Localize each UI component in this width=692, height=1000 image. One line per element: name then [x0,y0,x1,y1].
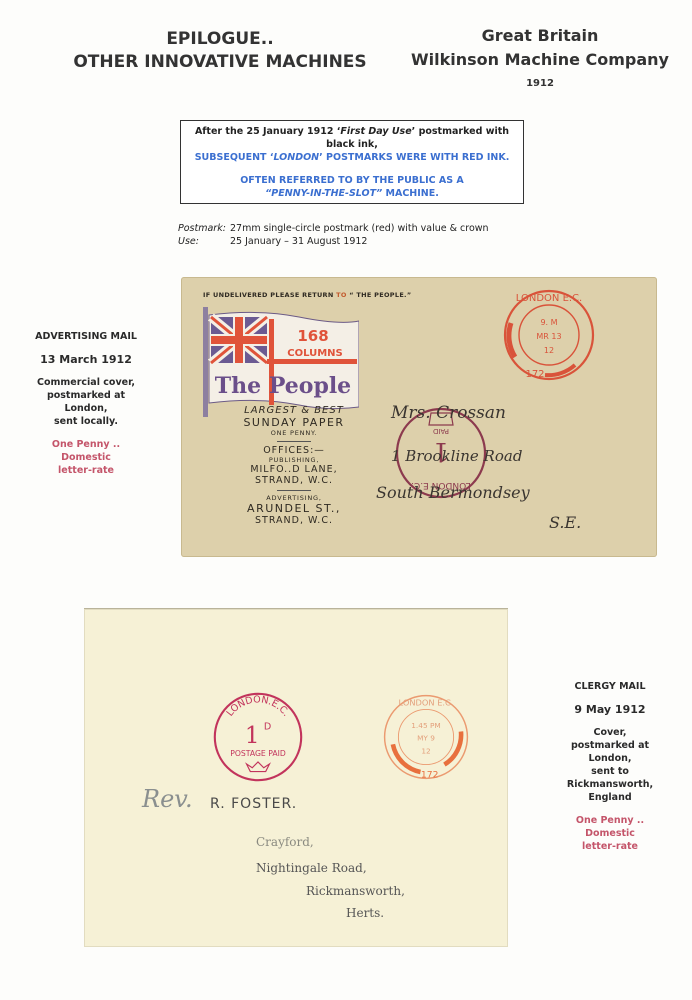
svg-text:12: 12 [544,346,554,355]
notice-line-2: SUBSEQUENT ‘LONDON’ POSTMARKS WERE WITH … [181,151,523,164]
svg-text:LONDON E.C.: LONDON E.C. [399,698,454,708]
meter-postmark: LONDON.E.C. 1 D POSTAGE PAID [210,689,306,785]
advertising-block: LARGEST & BEST SUNDAY PAPER ONE PENNY. O… [219,405,369,526]
cover-1-caption: ADVERTISING MAIL 13 March 1912 Commercia… [8,330,164,477]
notice-text: MACHINE. [382,188,439,199]
advertising-area: STRAND, W.C. [219,515,369,526]
cover-date: 13 March 1912 [8,353,164,366]
company: Wilkinson Machine Company [410,48,670,72]
tagline: LARGEST & BEST [219,405,369,416]
country: Great Britain [410,24,670,48]
description-line: sent locally. [8,415,164,428]
notice-line-1: After the 25 January 1912 ‘First Day Use… [181,125,523,151]
year: 1912 [410,74,670,94]
notice-text: After the 25 January 1912 ‘ [195,126,340,137]
address-line: 1 Brookline Road [391,447,522,465]
offices-label: OFFICES:— [219,445,369,456]
notice-line-4: “PENNY-IN-THE-SLOT” MACHINE. [181,187,523,200]
cover-1-envelope: IF UNDELIVERED PLEASE RETURN TO “ THE PE… [181,277,657,557]
product-name: SUNDAY PAPER [219,416,369,429]
svg-text:The People: The People [215,373,351,399]
description-line: postmarked at [8,389,164,402]
return-text: IF UNDELIVERED PLEASE RETURN [203,291,336,299]
cds-postmark: LONDON E.C. 1.45 PM MY 9 12 172 [380,691,472,783]
svg-text:168: 168 [297,327,328,345]
return-text: TO [336,291,347,299]
address-line: Nightingale Road, [256,861,367,875]
rate-line: One Penny .. [530,814,690,827]
page-subtitle: Great Britain Wilkinson Machine Company … [410,24,670,94]
return-address-line: IF UNDELIVERED PLEASE RETURN TO “ THE PE… [203,291,411,299]
svg-text:LONDON.E.C.: LONDON.E.C. [225,694,292,718]
title-line-2: OTHER INNOVATIVE MACHINES [40,51,400,74]
svg-text:MY 9: MY 9 [417,734,435,743]
address-line: S.E. [549,513,581,532]
cover-heading: CLERGY MAIL [530,680,690,693]
rate-line: Domestic [8,451,164,464]
description-line: postmarked at [530,739,690,752]
address-line: South Bermondsey [376,483,530,502]
rate-line: letter-rate [530,840,690,853]
publishing-street: MILFO..D LANE, [219,464,369,475]
description-line: Cover, [530,726,690,739]
rate-line: Domestic [530,827,690,840]
svg-text:12: 12 [421,747,430,756]
title-line-1: EPILOGUE.. [40,28,400,51]
rate-line: letter-rate [8,464,164,477]
svg-text:PAID: PAID [433,427,449,435]
notice-emphasis: First Day Use [340,126,411,137]
svg-text:172: 172 [525,369,544,380]
postmark-value: 27mm single-circle postmark (red) with v… [230,222,489,235]
use-value: 25 January – 31 August 1912 [230,235,367,248]
cover-2-caption: CLERGY MAIL 9 May 1912 Cover, postmarked… [530,680,690,853]
svg-text:172: 172 [421,769,439,780]
svg-text:LONDON E.C.: LONDON E.C. [516,293,582,304]
addressee-name: R. FOSTER. [210,796,297,812]
page-title: EPILOGUE.. OTHER INNOVATIVE MACHINES [40,28,400,74]
address-line: Rickmansworth, [306,884,405,898]
use-label: Use: [178,235,230,248]
address-line: Herts. [346,906,384,920]
advertising-street: ARUNDEL ST., [219,502,369,515]
union-flag-illustration: 168 COLUMNS The People [199,307,359,417]
rate-line: One Penny .. [8,438,164,451]
advertising-label: ADVERTISING, [219,494,369,502]
address-line: Crayford, [256,835,314,849]
price: ONE PENNY. [219,429,369,437]
flagpole-icon [203,307,208,417]
cover-date: 9 May 1912 [530,703,690,716]
svg-text:9. M: 9. M [540,318,557,327]
notice-box: After the 25 January 1912 ‘First Day Use… [180,120,524,204]
svg-text:MR 13: MR 13 [536,332,561,341]
svg-text:1: 1 [245,723,260,749]
cover-description: Commercial cover, postmarked at London, … [8,376,164,428]
description-line: England [530,791,690,804]
svg-text:COLUMNS: COLUMNS [287,348,343,359]
cds-postmark: LONDON E.C. 9. M MR 13 12 172 [499,285,599,385]
address-line: Mrs. Crossan [391,403,506,423]
description-line: Rickmansworth, [530,778,690,791]
description-line: sent to [530,765,690,778]
return-text: “ THE PEOPLE.” [347,291,412,299]
notice-line-3: OFTEN REFERRED TO BY THE PUBLIC AS A [181,174,523,187]
publishing-area: STRAND, W.C. [219,475,369,486]
cover-rate: One Penny .. Domestic letter-rate [8,438,164,477]
cover-heading: ADVERTISING MAIL [8,330,164,343]
description-line: Commercial cover, [8,376,164,389]
crown-icon [246,762,269,772]
postmark-label: Postmark: [178,222,230,235]
svg-text:POSTAGE PAID: POSTAGE PAID [230,749,286,758]
cover-2-envelope: LONDON.E.C. 1 D POSTAGE PAID LONDON E.C.… [84,608,508,947]
notice-text: SUBSEQUENT ‘ [195,152,274,163]
notice-emphasis: LONDON [273,152,319,163]
cover-rate: One Penny .. Domestic letter-rate [530,814,690,853]
salutation: Rev. [142,785,193,813]
notice-emphasis: “PENNY-IN-THE-SLOT” [265,188,382,199]
cover-description: Cover, postmarked at London, sent to Ric… [530,726,690,804]
postmark-info: Postmark:27mm single-circle postmark (re… [178,222,489,248]
svg-text:D: D [264,721,271,732]
description-line: London, [530,752,690,765]
publishing-label: PUBLISHING, [219,456,369,464]
svg-text:1.45 PM: 1.45 PM [411,721,441,730]
notice-text: ’ POSTMARKS WERE WITH RED INK. [319,152,509,163]
description-line: London, [8,402,164,415]
